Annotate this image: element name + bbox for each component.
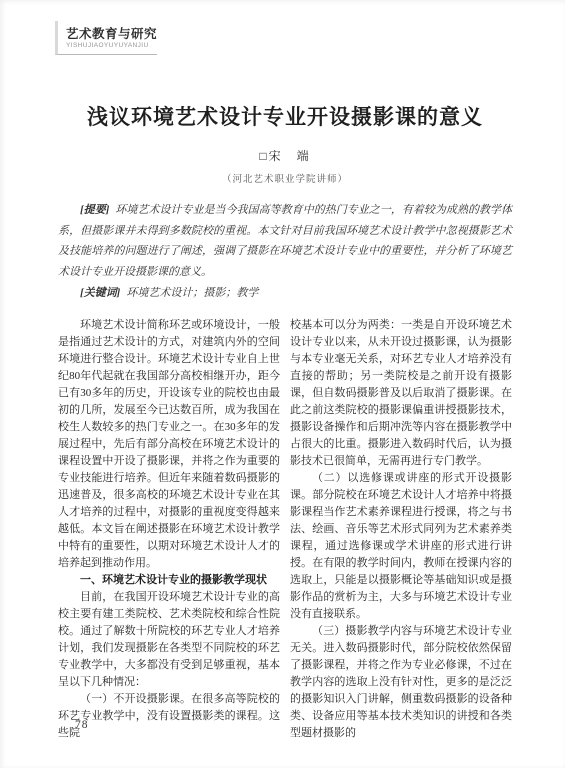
keywords-label: [关键词] <box>80 287 120 299</box>
body-paragraph: （二）以选修课或讲座的形式开设摄影课。部分院校在环境艺术设计人才培养中将摄影课程… <box>290 470 512 623</box>
article-content: 浅议环境艺术设计专业开设摄影课的意义 □宋 端 （河北艺术职业学院讲师） [提要… <box>58 102 512 742</box>
keywords-text: 环境艺术设计；摄影；教学 <box>126 287 258 299</box>
right-column: 校基本可以分为两类：一类是自开设环境艺术设计专业以来，从未开设过摄影课，认为摄影… <box>290 317 512 742</box>
author-affiliation: （河北艺术职业学院讲师） <box>58 171 512 185</box>
body-paragraph: （一）不开设摄影课。在很多高等院校的环艺专业教学中，没有设置摄影类的课程。这些院 <box>58 691 280 742</box>
abstract-text: 环境艺术设计专业是当今我国高等教育中的热门专业之一，有着较为成熟的教学体系，但摄… <box>58 204 512 278</box>
author-name: □宋 端 <box>58 147 512 164</box>
left-column: 环境艺术设计简称环艺或环境设计，一般是指通过艺术设计的方式，对建筑内外的空间环境… <box>58 317 280 742</box>
body-paragraph: 校基本可以分为两类：一类是自开设环境艺术设计专业以来，从未开设过摄影课，认为摄影… <box>290 317 512 470</box>
body-paragraph: 环境艺术设计简称环艺或环境设计，一般是指通过艺术设计的方式，对建筑内外的空间环境… <box>58 317 280 572</box>
abstract-paragraph: [提要]环境艺术设计专业是当今我国高等教育中的热门专业之一，有着较为成熟的教学体… <box>58 200 512 282</box>
article-title: 浅议环境艺术设计专业开设摄影课的意义 <box>58 102 512 132</box>
body-paragraph: 目前，在我国开设环境艺术设计专业的高校主要有建工类院校、艺术类院校和综合性院校。… <box>58 589 280 691</box>
abstract-label: [提要] <box>80 204 109 216</box>
journal-title-pinyin: YISHUJIAOYUYUYANJIU <box>66 42 157 50</box>
section-heading-1: 一、环境艺术设计专业的摄影教学现状 <box>58 572 280 589</box>
abstract-block: [提要]环境艺术设计专业是当今我国高等教育中的热门专业之一，有着较为成熟的教学体… <box>58 200 512 304</box>
journal-title: 艺术教育与研究 <box>66 27 157 41</box>
scanned-journal-page: 艺术教育与研究 YISHUJIAOYUYUYANJIU 浅议环境艺术设计专业开设… <box>0 0 565 768</box>
journal-masthead: 艺术教育与研究 YISHUJIAOYUYUYANJIU <box>55 21 157 55</box>
body-columns: 环境艺术设计简称环艺或环境设计，一般是指通过艺术设计的方式，对建筑内外的空间环境… <box>58 317 512 742</box>
keywords-paragraph: [关键词]环境艺术设计；摄影；教学 <box>58 283 512 304</box>
page-number: 78 <box>75 719 89 731</box>
body-paragraph: （三）摄影教学内容与环境艺术设计专业无关。进入数码摄影时代，部分院校依然保留了摄… <box>290 623 512 742</box>
